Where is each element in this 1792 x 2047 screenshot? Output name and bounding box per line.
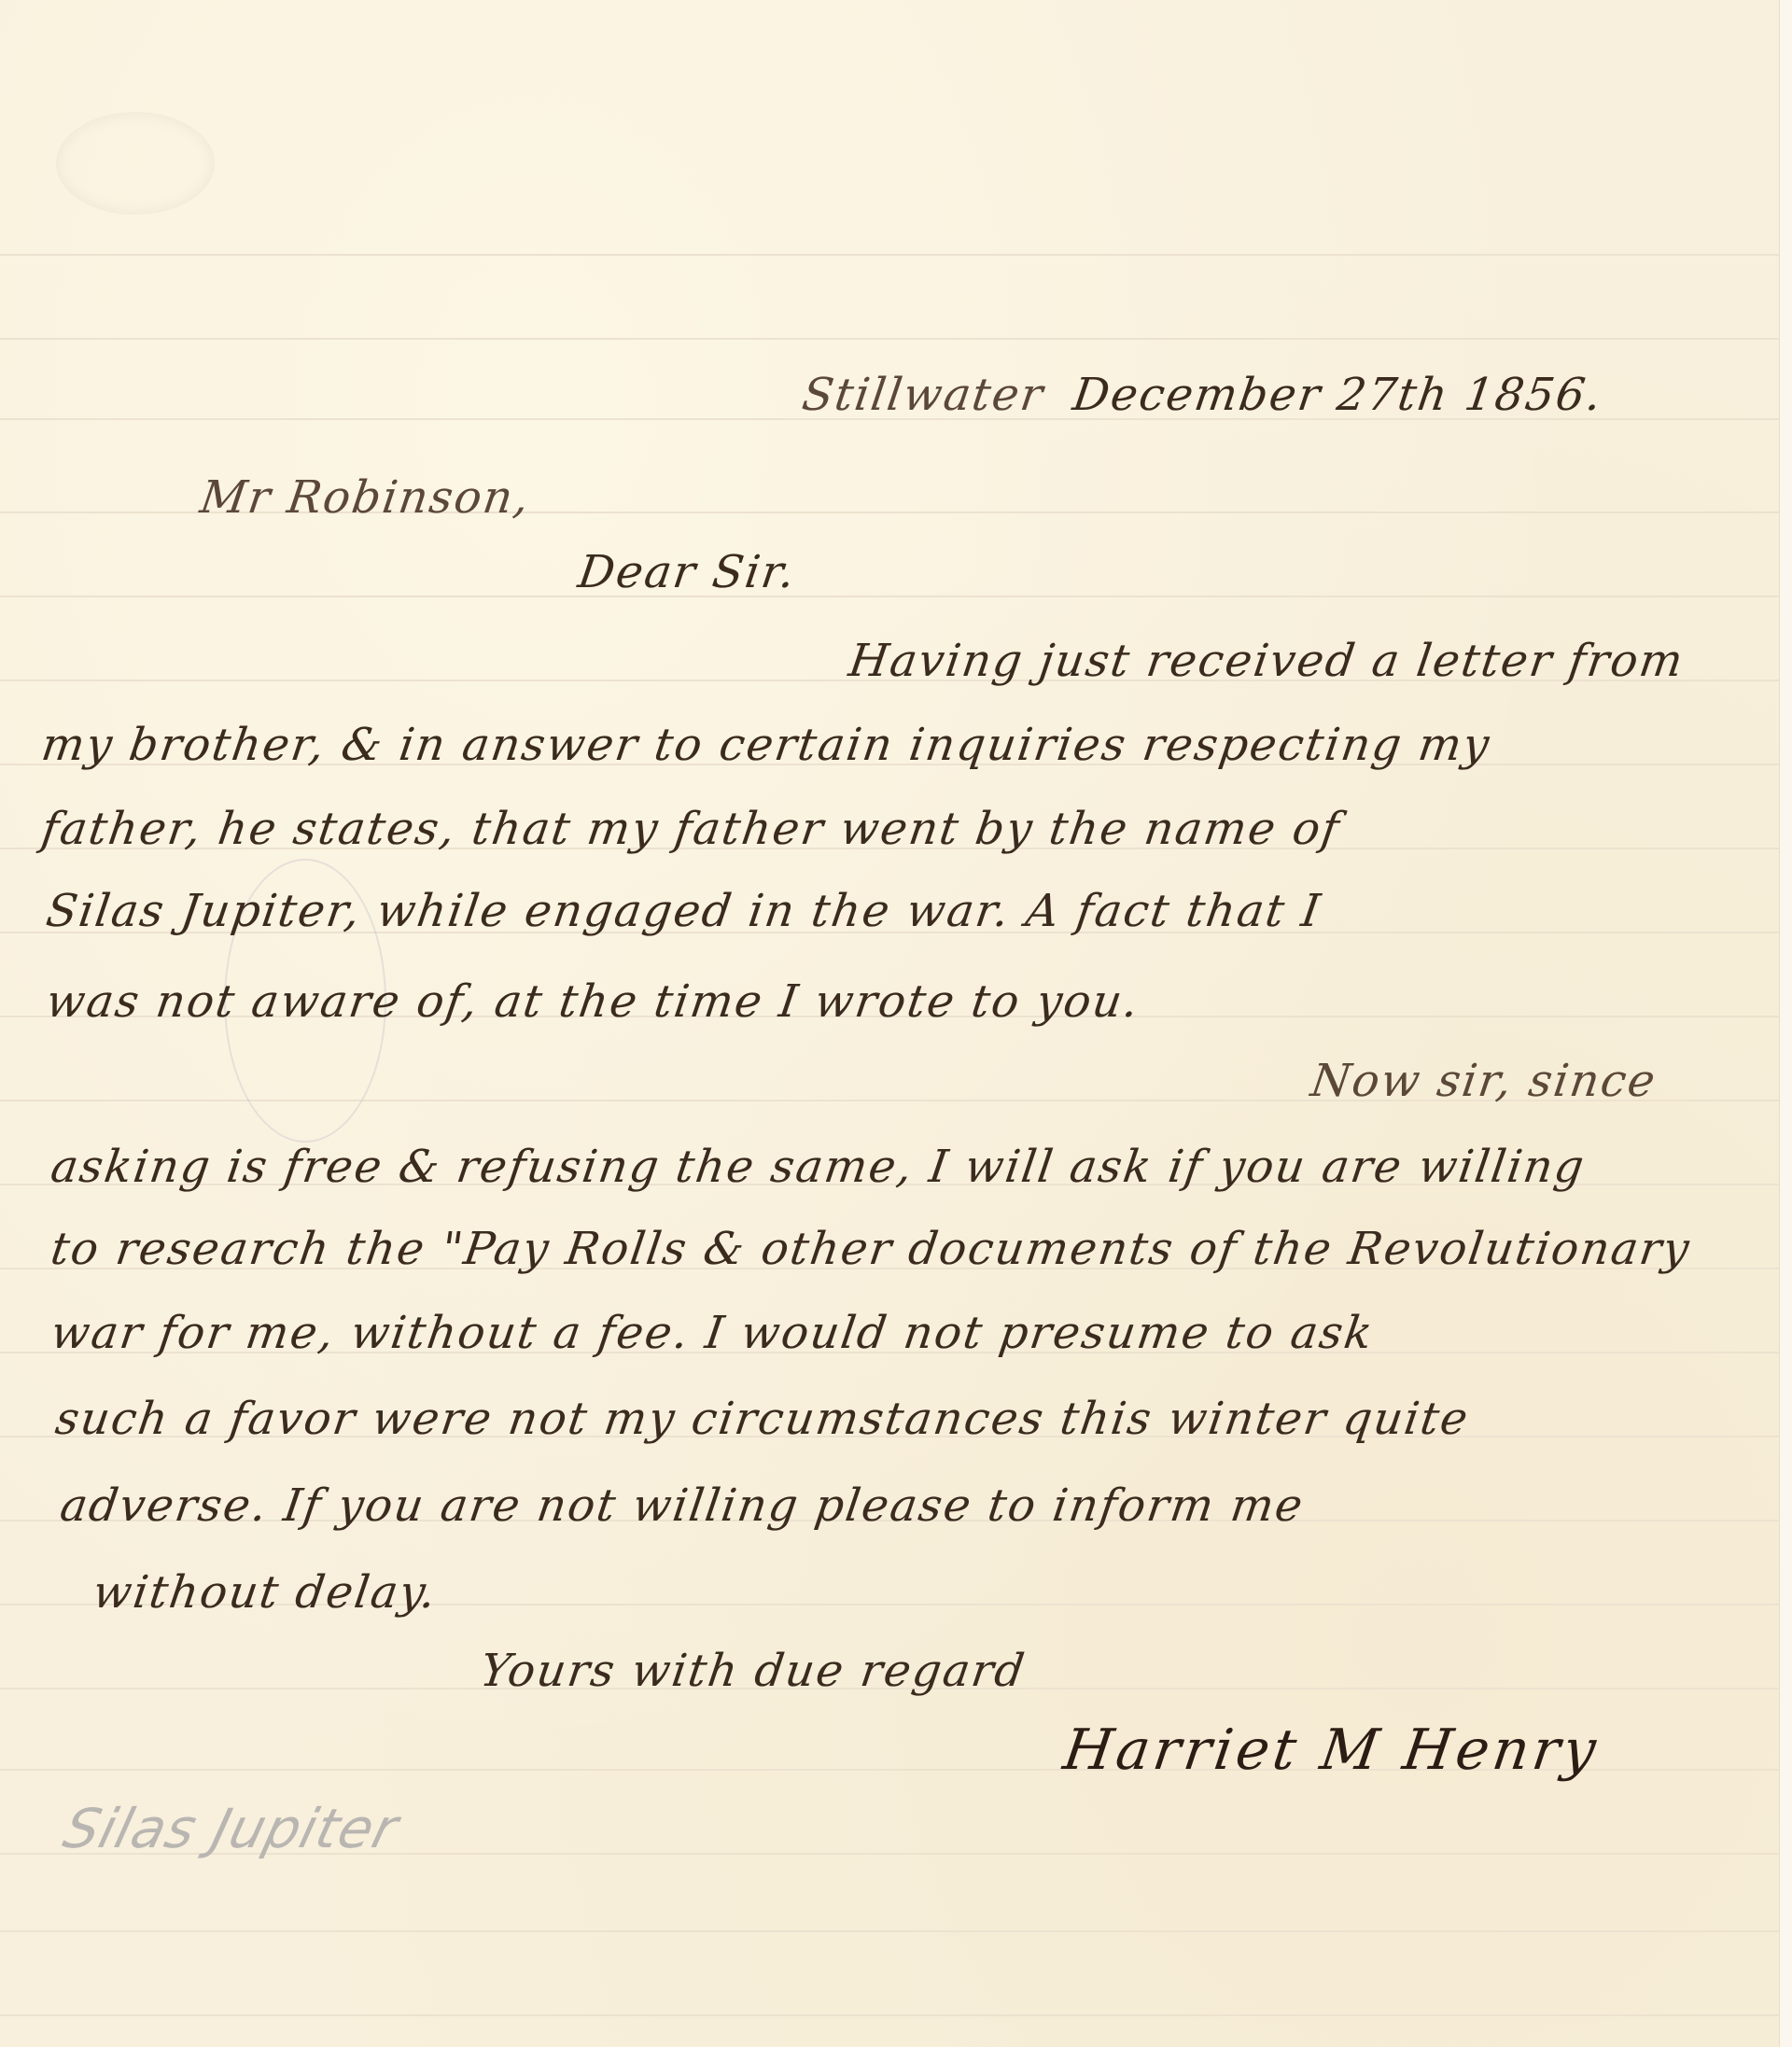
body-line-5: was not aware of, at the time I wrote to… <box>43 975 1143 1028</box>
rule-line <box>0 338 1779 340</box>
rule-line <box>0 254 1779 256</box>
heading-place: Stillwater <box>799 369 1047 421</box>
body-line-2: my brother, & in answer to certain inqui… <box>38 719 1494 771</box>
closing: Yours with due regard <box>477 1645 1029 1697</box>
body-line-3: father, he states, that my father went b… <box>38 803 1344 855</box>
body-line-9: war for me, without a fee. I would not p… <box>48 1307 1377 1359</box>
body-line-11: adverse. If you are not willing please t… <box>57 1479 1308 1532</box>
signature: Harriet M Henry <box>1059 1718 1603 1783</box>
body-line-8: to research the "Pay Rolls & other docum… <box>48 1223 1694 1275</box>
body-line-6: Now sir, since <box>1308 1055 1659 1107</box>
rule-line <box>0 1930 1779 1932</box>
body-line-1: Having just received a letter from <box>846 635 1687 687</box>
body-line-10: such a favor were not my circumstances t… <box>52 1393 1473 1445</box>
heading-date: December 27th 1856. <box>1070 369 1606 421</box>
body-line-4: Silas Jupiter, while engaged in the war.… <box>43 885 1325 937</box>
body-line-12: without delay. <box>90 1566 441 1619</box>
addressee: Mr Robinson, <box>197 471 534 524</box>
paper-edge <box>1779 0 1792 2047</box>
body-line-7: asking is free & refusing the same, I wi… <box>48 1141 1589 1193</box>
rule-line <box>0 596 1779 597</box>
rule-line <box>0 2014 1779 2016</box>
salutation: Dear Sir. <box>575 546 800 598</box>
pencil-annotation: Silas Jupiter <box>58 1797 405 1860</box>
